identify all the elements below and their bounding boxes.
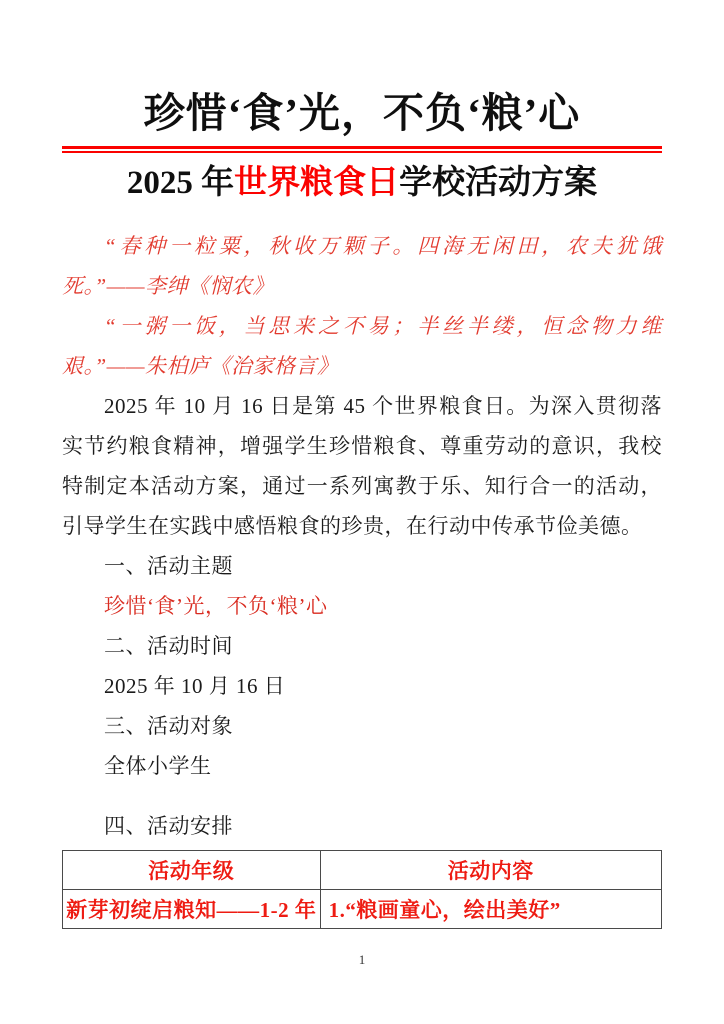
activity-schedule-table: 活动年级 活动内容 新芽初绽启粮知——1-2 年 1.“粮画童心，绘出美好”	[62, 850, 662, 929]
subtitle-suffix: 学校活动方案	[399, 165, 597, 201]
document-subtitle: 2025 年世界粮食日学校活动方案	[62, 160, 662, 208]
activity-date-text: 2025 年 10 月 16 日	[62, 666, 662, 706]
document-page: 珍惜‘食’光，不负‘粮’心 2025 年世界粮食日学校活动方案 “春种一粒粟，秋…	[0, 0, 724, 1024]
section-2-heading: 二、活动时间	[62, 626, 662, 666]
subtitle-prefix: 2025 年	[127, 165, 234, 201]
section-4-heading: 四、活动安排	[62, 806, 662, 846]
blank-line	[62, 786, 662, 806]
section-3-heading: 三、活动对象	[62, 706, 662, 746]
activity-theme-text: 珍惜‘食’光，不负‘粮’心	[62, 586, 662, 626]
title-divider-rule	[62, 146, 662, 153]
table-row: 新芽初绽启粮知——1-2 年 1.“粮画童心，绘出美好”	[63, 890, 662, 929]
page-number: 1	[0, 952, 724, 968]
table-cell-content: 1.“粮画童心，绘出美好”	[320, 890, 661, 929]
table-header-row: 活动年级 活动内容	[63, 851, 662, 890]
table-header-grade: 活动年级	[63, 851, 321, 890]
intro-paragraph: 2025 年 10 月 16 日是第 45 个世界粮食日。为深入贯彻落实节约粮食…	[62, 386, 662, 546]
table-header-content: 活动内容	[320, 851, 661, 890]
quote-minnong: “春种一粒粟，秋收万颗子。四海无闲田，农夫犹饿死。”——李绅《悯农》	[62, 226, 662, 306]
divider-thin-line	[62, 151, 662, 153]
subtitle-highlight: 世界粮食日	[234, 165, 399, 201]
quote-zhijia-geyan: “一粥一饭，当思来之不易；半丝半缕，恒念物力维艰。”——朱柏庐《治家格言》	[62, 306, 662, 386]
table-cell-grade: 新芽初绽启粮知——1-2 年	[63, 890, 321, 929]
activity-audience-text: 全体小学生	[62, 746, 662, 786]
document-title: 珍惜‘食’光，不负‘粮’心	[62, 86, 662, 141]
section-1-heading: 一、活动主题	[62, 546, 662, 586]
